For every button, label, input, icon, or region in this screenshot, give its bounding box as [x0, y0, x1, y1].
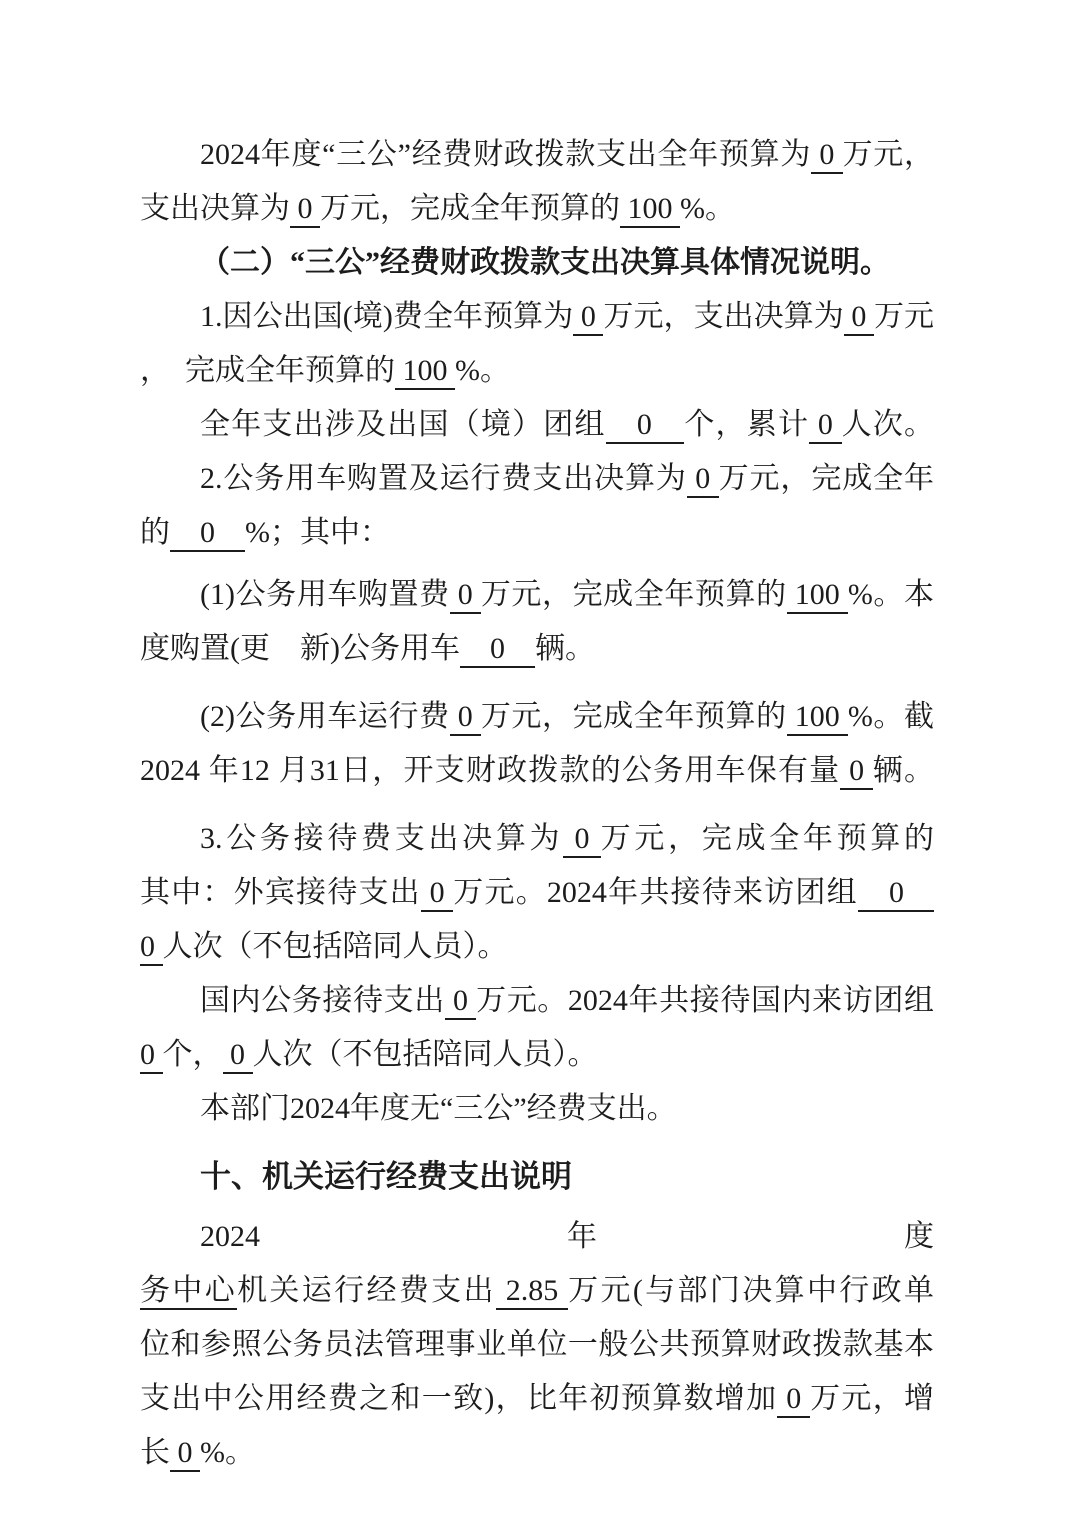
text-segment: 万元，增 — [810, 1382, 934, 1415]
text-segment: （二）“三公”经费财政拨款支出决算具体情况说明。 — [200, 246, 890, 279]
text-segment: (1)公务用车购置费 — [200, 578, 450, 611]
para-operating-line-5: 长 0 %。 — [140, 1426, 934, 1480]
text-segment: 万元，支出决算为 — [603, 300, 843, 333]
text-segment: 其中：外宾接待支出 — [140, 876, 421, 909]
text-segment: 长 — [140, 1436, 170, 1469]
text-segment: 2024年度“三公”经费财政拨款支出全年预算为 — [200, 138, 811, 171]
text-segment: %；其中： — [245, 516, 390, 549]
document-body: 2024年度“三公”经费财政拨款支出全年预算为 0 万元，支出决算为 0 万元，… — [140, 128, 934, 1480]
text-segment: 人次（不包括陪同人员）。 — [163, 930, 508, 963]
para-vehicle-operation-line-2: 2024 年12 月31日，开支财政拨款的公务用车保有量 0 辆。 — [140, 744, 934, 798]
text-segment: 1.因公出国(境)费全年预算为 — [200, 300, 573, 333]
underlined-blank-value: 0 — [840, 754, 872, 790]
text-segment: 十、机关运行经费支出说明 — [200, 1159, 572, 1194]
para-operating-line-2: 务中心机关运行经费支出 2.85 万元(与部门决算中行政单 — [140, 1264, 934, 1318]
underlined-blank-value: 0 — [170, 516, 245, 552]
underlined-blank-value: 0 — [140, 930, 163, 966]
text-segment: 机关运行经费支出 — [237, 1274, 496, 1307]
text-segment: 位和参照公务员法管理事业单位一般公共预算财政拨款基本 — [140, 1328, 934, 1361]
text-segment: 2.公务用车购置及运行费支出决算为 — [200, 462, 687, 495]
para-vehicle-line-2: 的 0 %；其中： — [140, 506, 934, 560]
underlined-blank-value: 0 — [573, 300, 603, 336]
para-operating-line-1: 2024年度武汉市蔡甸区桐湖办事处人力资源和社会保障服 — [140, 1210, 934, 1264]
text-segment: 辆。 — [535, 632, 595, 665]
subheading-sangong-detail: （二）“三公”经费财政拨款支出决算具体情况说明。 — [140, 236, 934, 290]
para-domestic-reception-line-1: 国内公务接待支出 0 万元。2024年共接待国内来访团组 — [140, 974, 934, 1028]
text-segment: 个， — [163, 1038, 223, 1071]
underlined-blank-value: 0 — [777, 1382, 810, 1418]
text-segment: 人次（不包括陪同人员）。 — [253, 1038, 598, 1071]
underlined-blank-value: 0 — [858, 876, 934, 912]
underlined-blank-value: 100 — [395, 354, 455, 390]
para-vehicle-line-1: 2.公务用车购置及运行费支出决算为 0 万元，完成全年预算 — [140, 452, 934, 506]
text-segment: 的 — [140, 516, 170, 549]
underlined-blank-value: 0 — [450, 578, 481, 614]
text-segment: 全年支出涉及出国（境）团组 — [200, 408, 606, 441]
text-segment: 辆。 — [873, 754, 934, 787]
underlined-blank-value: 0 — [223, 1038, 253, 1074]
underlined-blank-value: 100 — [620, 192, 680, 228]
text-segment: 人次。 — [842, 408, 934, 441]
underlined-blank-value: 0 — [290, 192, 320, 228]
text-segment: 万元 — [874, 300, 934, 333]
underlined-blank-value: 0 — [844, 300, 874, 336]
para-vehicle-purchase-line-2: 度购置(更 新)公务用车 0 辆。 — [140, 622, 934, 676]
text-segment: 万元， — [843, 138, 934, 171]
para-vehicle-operation-line-1: (2)公务用车运行费 0 万元，完成全年预算的 100 %。截至 — [140, 690, 934, 744]
underlined-blank-value: 0 — [563, 822, 600, 858]
text-segment: 2024 年12 月31日，开支财政拨款的公务用车保有量 — [140, 754, 840, 787]
text-segment: 万元，完成全年预算的 — [601, 822, 934, 855]
underlined-blank-value: 0 — [687, 462, 719, 498]
para-abroad-groups: 全年支出涉及出国（境）团组 0 个，累计 0 人次。 — [140, 398, 934, 452]
para-no-sangong: 本部门2024年度无“三公”经费支出。 — [140, 1082, 934, 1136]
para-reception-line-3: 0 人次（不包括陪同人员）。 — [140, 920, 934, 974]
para-vehicle-purchase-line-1: (1)公务用车购置费 0 万元，完成全年预算的 100 %。本年 — [140, 568, 934, 622]
document-page: 2024年度“三公”经费财政拨款支出全年预算为 0 万元，支出决算为 0 万元，… — [0, 0, 1074, 1520]
text-segment: 本部门2024年度无“三公”经费支出。 — [200, 1092, 677, 1125]
text-segment: 度购置(更 新)公务用车 — [140, 632, 460, 665]
text-segment: 支出决算为 — [140, 192, 290, 225]
text-segment: %。 — [455, 354, 510, 387]
underlined-blank-value: 100 — [787, 578, 848, 614]
para-operating-line-4: 支出中公用经费之和一致)，比年初预算数增加 0 万元，增 — [140, 1372, 934, 1426]
text-segment: 万元，完成全年预算的 — [481, 700, 787, 733]
underlined-blank-value: 100 — [787, 700, 848, 736]
text-segment: %。 — [680, 192, 735, 225]
section-heading-operating-expense: 十、机关运行经费支出说明 — [140, 1150, 934, 1204]
underlined-blank-value: 2.85 — [496, 1274, 568, 1310]
para-sangong-summary-line-2: 支出决算为 0 万元，完成全年预算的 100 %。 — [140, 182, 934, 236]
text-segment: %。 — [200, 1436, 255, 1469]
para-abroad-line-2: ， 完成全年预算的 100 %。 — [140, 344, 934, 398]
text-segment: 万元，完成全年预算的 — [320, 192, 620, 225]
text-segment: 万元。2024年共接待国内来访团组 — [476, 984, 934, 1017]
text-segment: ， 完成全年预算的 — [140, 354, 395, 387]
underlined-blank-value: 0 — [140, 1038, 163, 1074]
para-abroad-line-1: 1.因公出国(境)费全年预算为 0 万元，支出决算为 0 万元 — [140, 290, 934, 344]
para-operating-line-3: 位和参照公务员法管理事业单位一般公共预算财政拨款基本 — [140, 1318, 934, 1372]
underlined-blank-value: 0 — [811, 138, 842, 174]
para-sangong-summary-line-1: 2024年度“三公”经费财政拨款支出全年预算为 0 万元， — [140, 128, 934, 182]
underlined-blank-value: 0 — [606, 408, 685, 444]
para-domestic-reception-line-2: 0 个， 0 人次（不包括陪同人员）。 — [140, 1028, 934, 1082]
underlined-blank-value: 0 — [460, 632, 535, 668]
text-segment: 国内公务接待支出 — [200, 984, 445, 1017]
underlined-blank-value: 0 — [450, 700, 481, 736]
underlined-blank-value: 务中心 — [140, 1274, 237, 1310]
text-segment: 万元。2024年共接待来访团组 — [453, 876, 858, 909]
text-segment: 支出中公用经费之和一致)，比年初预算数增加 — [140, 1382, 777, 1415]
para-reception-line-1: 3.公务接待费支出决算为 0 万元，完成全年预算的 100 %。 — [140, 812, 934, 866]
text-segment: 个，累计 — [684, 408, 809, 441]
underlined-blank-value: 0 — [170, 1436, 200, 1472]
underlined-blank-value: 0 — [421, 876, 453, 912]
underlined-blank-value: 0 — [445, 984, 476, 1020]
text-segment: 万元，完成全年预算的 — [481, 578, 787, 611]
text-segment: (2)公务用车运行费 — [200, 700, 450, 733]
para-reception-line-2: 其中：外宾接待支出 0 万元。2024年共接待来访团组 0 个， — [140, 866, 934, 920]
text-segment: 2024年度 — [200, 1220, 934, 1253]
text-segment: 万元(与部门决算中行政单 — [568, 1274, 934, 1307]
underlined-blank-value: 0 — [809, 408, 841, 444]
text-segment: 3.公务接待费支出决算为 — [200, 822, 563, 855]
